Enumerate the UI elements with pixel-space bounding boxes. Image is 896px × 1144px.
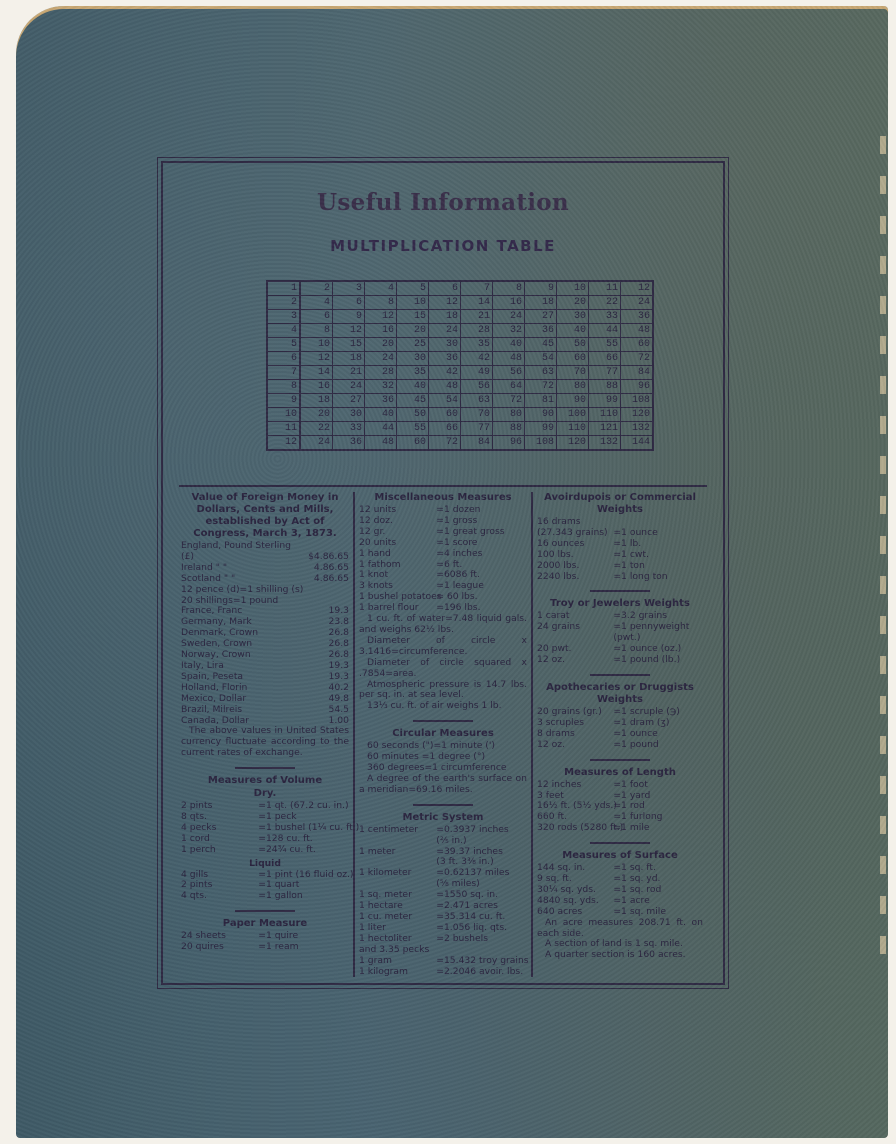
item-label: 1 gram [359, 956, 436, 967]
table-cell: 50 [397, 408, 429, 422]
list-item: 1 perch=24¾ cu. ft. [181, 845, 349, 856]
table-row: 81624324048566472808896 [267, 380, 653, 394]
table-cell: 27 [333, 394, 365, 408]
table-cell: 16 [300, 380, 333, 394]
list-item: 4 qts.=1 gallon [181, 891, 349, 902]
item-label: 1 hand [359, 549, 436, 560]
volume-heading: Measures of Volume [181, 775, 349, 787]
table-cell: 48 [365, 436, 397, 451]
table-cell: 5 [267, 338, 300, 352]
table-cell: 84 [621, 366, 654, 380]
divider [590, 842, 650, 844]
divider [235, 767, 295, 769]
item-value: 4.86.65 [314, 574, 349, 585]
reference-columns: Value of Foreign Money in Dollars, Cents… [177, 492, 709, 971]
table-cell: 120 [621, 408, 654, 422]
item-label: 12 pence (d)=1 shilling (s) [181, 585, 303, 596]
list-item: Scotland " "4.86.65 [181, 574, 349, 585]
divider [413, 804, 473, 806]
table-cell: 10 [397, 296, 429, 310]
table-cell: 36 [365, 394, 397, 408]
item-label: 100 lbs. [537, 550, 613, 561]
table-cell: 55 [589, 338, 621, 352]
paper-measure-list: 24 sheets=1 quire20 quires=1 ream [181, 931, 349, 953]
table-cell: 36 [429, 352, 461, 366]
table-cell: 30 [397, 352, 429, 366]
table-cell: 9 [525, 281, 557, 296]
item-value: =1 foot [613, 780, 648, 791]
list-item: An acre measures 208.71 ft. on each side… [537, 918, 703, 940]
table-cell: 25 [397, 338, 429, 352]
divider [590, 674, 650, 676]
table-cell: 72 [429, 436, 461, 451]
item-value: =4 inches [436, 549, 482, 560]
item-value: =1 ream [258, 942, 298, 953]
table-cell: 49 [461, 366, 493, 380]
table-cell: 18 [333, 352, 365, 366]
table-cell: 20 [397, 324, 429, 338]
table-cell: 24 [429, 324, 461, 338]
table-row: 112233445566778899110121132 [267, 422, 653, 436]
list-item: 1 gram=15.432 troy grains [359, 956, 527, 967]
item-label: 20 quires [181, 942, 258, 953]
table-cell: 12 [267, 436, 300, 451]
item-label: 2000 lbs. [537, 561, 613, 572]
divider [590, 590, 650, 592]
table-row: 102030405060708090100110120 [267, 408, 653, 422]
table-cell: 60 [557, 352, 589, 366]
item-label: 12 oz. [537, 655, 613, 666]
list-item: A degree of the earth's surface on a mer… [359, 774, 527, 796]
item-value: =1 long ton [613, 572, 667, 583]
table-cell: 110 [589, 408, 621, 422]
list-item: 12 inches=1 foot [537, 780, 703, 791]
table-cell: 63 [461, 394, 493, 408]
table-cell: 15 [333, 338, 365, 352]
table-cell: 3 [333, 281, 365, 296]
item-value: 54.5 [329, 705, 349, 716]
table-cell: 2 [267, 296, 300, 310]
list-item: 20 units=1 score [359, 538, 527, 549]
table-cell: 60 [429, 408, 461, 422]
item-label: 12 oz. [537, 740, 613, 751]
list-item: (⅖ in.) [359, 836, 527, 847]
table-cell: 35 [461, 338, 493, 352]
table-cell: 120 [557, 436, 589, 451]
table-row: 24681012141618202224 [267, 296, 653, 310]
item-value: 49.8 [329, 694, 349, 705]
item-value: =24¾ cu. ft. [258, 845, 316, 856]
table-cell: 84 [461, 436, 493, 451]
table-cell: 8 [267, 380, 300, 394]
avoirdupois-list: 16 drams (27.343 grains)=1 ounce16 ounce… [537, 517, 703, 582]
table-cell: 4 [365, 281, 397, 296]
table-row: 918273645546372819099108 [267, 394, 653, 408]
table-cell: 9 [267, 394, 300, 408]
table-cell: 21 [333, 366, 365, 380]
table-cell: 2 [300, 281, 333, 296]
table-cell: 36 [333, 436, 365, 451]
table-cell: 48 [429, 380, 461, 394]
table-cell: 1 [267, 281, 300, 296]
item-label [359, 836, 436, 847]
table-cell: 20 [300, 408, 333, 422]
table-cell: 10 [267, 408, 300, 422]
misc-measures-heading: Miscellaneous Measures [359, 492, 527, 504]
table-cell: 7 [267, 366, 300, 380]
table-cell: 70 [461, 408, 493, 422]
table-cell: 66 [589, 352, 621, 366]
item-label: 1 kilogram [359, 967, 436, 978]
divider [235, 910, 295, 912]
surface-measures-notes: An acre measures 208.71 ft. on each side… [537, 918, 703, 962]
table-cell: 10 [557, 281, 589, 296]
table-cell: 77 [589, 366, 621, 380]
paper-measure-heading: Paper Measure [181, 918, 349, 930]
volume-liquid-list: 4 gills=1 pint (16 fluid oz.)2 pints=1 q… [181, 870, 349, 903]
avoirdupois-heading: Avoirdupois or Commercial Weights [537, 492, 703, 516]
table-cell: 110 [557, 422, 589, 436]
list-item: Brazil, Milreis54.5 [181, 705, 349, 716]
table-cell: 8 [493, 281, 525, 296]
table-cell: 56 [461, 380, 493, 394]
table-cell: 6 [429, 281, 461, 296]
item-value: =15.432 troy grains [436, 956, 528, 967]
table-cell: 45 [525, 338, 557, 352]
metric-system-heading: Metric System [359, 812, 527, 824]
list-item: 1 cu. ft. of water=7.48 liquid gals. and… [359, 614, 527, 636]
table-cell: 36 [621, 310, 654, 324]
list-item: 2000 lbs.=1 ton [537, 561, 703, 572]
table-cell: 14 [461, 296, 493, 310]
table-cell: 14 [300, 366, 333, 380]
table-cell: 80 [557, 380, 589, 394]
table-cell: 90 [557, 394, 589, 408]
table-cell: 144 [621, 436, 654, 451]
item-label: 1 kilometer [359, 868, 436, 879]
list-item: A quarter section is 160 acres. [537, 950, 703, 961]
volume-liquid-label: Liquid [181, 859, 349, 870]
circular-measures-heading: Circular Measures [359, 728, 527, 740]
surface-measures-heading: Measures of Surface [537, 850, 703, 862]
table-cell: 132 [621, 422, 654, 436]
table-cell: 54 [429, 394, 461, 408]
table-cell: 81 [525, 394, 557, 408]
table-cell: 16 [365, 324, 397, 338]
table-cell: 44 [589, 324, 621, 338]
table-cell: 30 [429, 338, 461, 352]
misc-measures-notes: 1 cu. ft. of water=7.48 liquid gals. and… [359, 614, 527, 712]
multiplication-table: 1234567891011122468101214161820222436912… [266, 280, 654, 451]
table-row: 4812162024283236404448 [267, 324, 653, 338]
table-cell: 99 [525, 422, 557, 436]
column-left: Value of Foreign Money in Dollars, Cents… [177, 492, 353, 977]
table-cell: 20 [365, 338, 397, 352]
list-item: Atmospheric pressure is 14.7 lbs. per sq… [359, 680, 527, 702]
table-cell: 18 [525, 296, 557, 310]
table-cell: 6 [333, 296, 365, 310]
table-cell: 12 [333, 324, 365, 338]
table-cell: 36 [525, 324, 557, 338]
misc-measures-list: 12 units=1 dozen12 doz.=1 gross12 gr.=1 … [359, 505, 527, 614]
table-cell: 96 [621, 380, 654, 394]
table-cell: 40 [493, 338, 525, 352]
table-cell: 15 [397, 310, 429, 324]
table-cell: 60 [397, 436, 429, 451]
notebook-back-cover: Useful Information MULTIPLICATION TABLE … [16, 6, 888, 1138]
table-cell: 88 [589, 380, 621, 394]
table-cell: 16 [493, 296, 525, 310]
item-label: England, Pound Sterling [181, 541, 291, 552]
table-cell: 42 [461, 352, 493, 366]
item-value: =2.2046 avoir. lbs. [436, 967, 523, 978]
table-cell: 72 [621, 352, 654, 366]
item-label: 12 inches [537, 780, 613, 791]
table-cell: 10 [300, 338, 333, 352]
table-cell: 8 [365, 296, 397, 310]
table-cell: 22 [589, 296, 621, 310]
multiplication-table-title: MULTIPLICATION TABLE [163, 237, 723, 255]
table-cell: 108 [525, 436, 557, 451]
table-cell: 55 [397, 422, 429, 436]
table-cell: 35 [397, 366, 429, 380]
table-cell: 45 [397, 394, 429, 408]
table-cell: 27 [525, 310, 557, 324]
item-value: =2 bushels [436, 934, 488, 945]
item-label: 320 rods (5280 ft.) [537, 823, 613, 834]
table-cell: 48 [621, 324, 654, 338]
foreign-money-heading: Value of Foreign Money in Dollars, Cents… [181, 492, 349, 540]
metric-system-list: 1 centimeter=0.3937 inches(⅖ in.)1 meter… [359, 825, 527, 978]
table-cell: 24 [493, 310, 525, 324]
table-cell: 80 [493, 408, 525, 422]
foreign-money-list: England, Pound Sterling(£)$4.86.65Irelan… [181, 541, 349, 726]
table-cell: 30 [333, 408, 365, 422]
item-label: 1 perch [181, 845, 258, 856]
table-cell: 28 [365, 366, 397, 380]
table-cell: 11 [589, 281, 621, 296]
list-item: 1 kilogram=2.2046 avoir. lbs. [359, 967, 527, 978]
length-measures-heading: Measures of Length [537, 767, 703, 779]
table-cell: 72 [493, 394, 525, 408]
column-right: Avoirdupois or Commercial Weights 16 dra… [531, 492, 707, 977]
table-cell: 9 [333, 310, 365, 324]
item-value: =1 cwt. [613, 550, 649, 561]
table-cell: 50 [557, 338, 589, 352]
divider [413, 720, 473, 722]
table-cell: 8 [300, 324, 333, 338]
list-item: Diameter of circle x 3.1416=circumferenc… [359, 636, 527, 658]
apothecaries-list: 20 grains (gr.)=1 scruple (℈)3 scruples=… [537, 707, 703, 751]
table-cell: 30 [557, 310, 589, 324]
item-label: 24 grains [537, 622, 613, 633]
table-cell: 4 [300, 296, 333, 310]
table-cell: 44 [365, 422, 397, 436]
list-item: 1 hand=4 inches [359, 549, 527, 560]
table-cell: 33 [589, 310, 621, 324]
table-cell: 24 [365, 352, 397, 366]
table-cell: 66 [429, 422, 461, 436]
volume-dry-list: 2 pints=1 qt. (67.2 cu. in.)8 qts.=1 pec… [181, 801, 349, 856]
surface-measures-list: 144 sq. in.=1 sq. ft.9 sq. ft.=1 sq. yd.… [537, 863, 703, 918]
item-value: =1 pound [613, 740, 658, 751]
table-cell: 48 [493, 352, 525, 366]
table-cell: 90 [525, 408, 557, 422]
table-cell: 21 [461, 310, 493, 324]
length-measures-list: 12 inches=1 foot3 feet=1 yard16½ ft. (5½… [537, 780, 703, 835]
table-cell: 4 [267, 324, 300, 338]
table-cell: 42 [429, 366, 461, 380]
list-item: Mexico, Dollar49.8 [181, 694, 349, 705]
item-label: 20 units [359, 538, 436, 549]
table-cell: 54 [525, 352, 557, 366]
list-item: 13⅓ cu. ft. of air weighs 1 lb. [359, 701, 527, 712]
binding-thread [880, 136, 886, 956]
item-value: (⅖ in.) [436, 836, 466, 847]
item-label: 1 centimeter [359, 825, 436, 836]
list-item: 100 lbs.=1 cwt. [537, 550, 703, 561]
table-row: 71421283542495663707784 [267, 366, 653, 380]
item-label: Mexico, Dollar [181, 694, 246, 705]
table-cell: 6 [300, 310, 333, 324]
list-item: 2240 lbs.=1 long ton [537, 572, 703, 583]
item-label: 1 meter [359, 847, 436, 858]
table-cell: 18 [300, 394, 333, 408]
column-middle: Miscellaneous Measures 12 units=1 dozen1… [353, 492, 531, 977]
table-cell: 40 [557, 324, 589, 338]
table-row: 61218243036424854606672 [267, 352, 653, 366]
table-row: 123456789101112 [267, 281, 653, 296]
section-divider [179, 485, 707, 487]
table-cell: 70 [557, 366, 589, 380]
table-cell: 18 [429, 310, 461, 324]
table-cell: 72 [525, 380, 557, 394]
table-cell: 40 [397, 380, 429, 394]
table-cell: 24 [333, 380, 365, 394]
table-cell: 7 [461, 281, 493, 296]
table-cell: 64 [493, 380, 525, 394]
table-cell: 121 [589, 422, 621, 436]
item-value: =1 score [436, 538, 477, 549]
page-title: Useful Information [163, 189, 723, 216]
table-cell: 5 [397, 281, 429, 296]
table-cell: 11 [267, 422, 300, 436]
useful-information-panel: Useful Information MULTIPLICATION TABLE … [161, 161, 725, 985]
item-label: 4 qts. [181, 891, 258, 902]
table-row: 1224364860728496108120132144 [267, 436, 653, 451]
item-label: and 3.35 pecks [359, 945, 436, 956]
item-value: =1 mile [613, 823, 649, 834]
table-cell: 100 [557, 408, 589, 422]
table-cell: 24 [300, 436, 333, 451]
list-item: 20 quires=1 ream [181, 942, 349, 953]
foreign-money-note: The above values in United States curren… [181, 726, 349, 759]
list-item: 12 oz.=1 pound [537, 740, 703, 751]
table-cell: 28 [461, 324, 493, 338]
table-cell: 24 [621, 296, 654, 310]
item-label: 2240 lbs. [537, 572, 613, 583]
table-cell: 56 [493, 366, 525, 380]
table-cell: 32 [365, 380, 397, 394]
table-cell: 108 [621, 394, 654, 408]
item-label: Scotland " " [181, 574, 235, 585]
table-cell: 22 [300, 422, 333, 436]
item-label: Brazil, Milreis [181, 705, 242, 716]
table-cell: 40 [365, 408, 397, 422]
table-cell: 63 [525, 366, 557, 380]
table-cell: 12 [300, 352, 333, 366]
apothecaries-heading: Apothecaries or Druggists Weights [537, 682, 703, 706]
divider [590, 759, 650, 761]
list-item: 12 oz.=1 pound (lb.) [537, 655, 703, 666]
circular-measures-list: 60 seconds (")=1 minute (')60 minutes =1… [359, 741, 527, 796]
table-cell: 77 [461, 422, 493, 436]
list-item: 12 pence (d)=1 shilling (s) [181, 585, 349, 596]
table-cell: 99 [589, 394, 621, 408]
table-cell: 20 [557, 296, 589, 310]
table-row: 51015202530354045505560 [267, 338, 653, 352]
table-cell: 33 [333, 422, 365, 436]
table-cell: 12 [429, 296, 461, 310]
table-cell: 3 [267, 310, 300, 324]
list-item: 320 rods (5280 ft.)=1 mile [537, 823, 703, 834]
table-cell: 6 [267, 352, 300, 366]
table-cell: 12 [365, 310, 397, 324]
troy-weights-heading: Troy or Jewelers Weights [537, 598, 703, 610]
table-row: 369121518212427303336 [267, 310, 653, 324]
table-cell: 60 [621, 338, 654, 352]
table-cell: 12 [621, 281, 654, 296]
item-value: =1 ton [613, 561, 645, 572]
volume-dry-label: Dry. [181, 788, 349, 800]
list-item: and 3.35 pecks [359, 945, 527, 956]
table-cell: 88 [493, 422, 525, 436]
item-value: =1 pound (lb.) [613, 655, 680, 666]
table-cell: 132 [589, 436, 621, 451]
table-cell: 32 [493, 324, 525, 338]
table-cell: 96 [493, 436, 525, 451]
item-value: =1 gallon [258, 891, 302, 902]
troy-weights-list: 1 carat=3.2 grains24 grains=1 pennyweigh… [537, 611, 703, 666]
list-item: Diameter of circle squared x .7854=area. [359, 658, 527, 680]
